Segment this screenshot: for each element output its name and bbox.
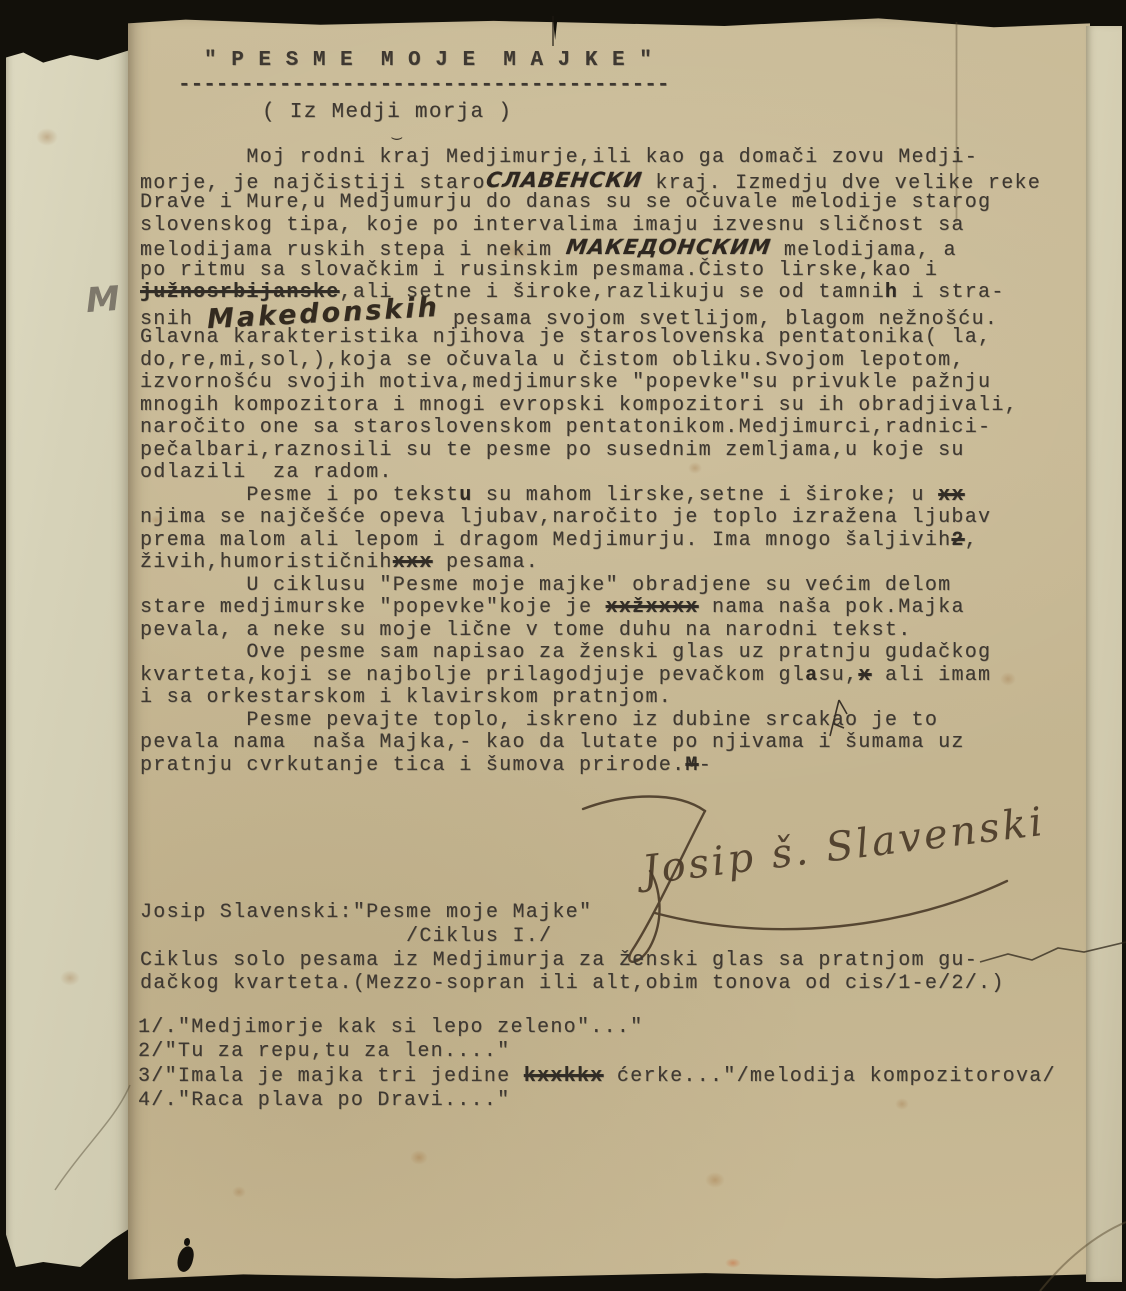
- margin-note-m: M: [85, 279, 122, 321]
- document-subtitle: ( Iz Medji morja ): [262, 101, 512, 124]
- typed-line: prema malom ali lepom i dragom Medjimurj…: [140, 530, 1041, 553]
- typed-line: pratnju cvrkutanje tica i šumova prirode…: [140, 755, 1041, 778]
- typed-line: Josip Slavenski:"Pesme moje Majke": [140, 901, 1005, 925]
- typed-line: do,re,mi,sol,),koja se očuvala u čistom …: [140, 350, 1041, 373]
- corner-crease: [1020, 1200, 1126, 1291]
- typed-line: Moj rodni kraj Medjimurje,ili kao ga dom…: [140, 147, 1041, 170]
- typed-line: i sa orkestarskom i klavirskom pratnjom.: [140, 687, 1041, 710]
- typed-line: njima se najčešće opeva ljubav,naročito …: [140, 507, 1041, 530]
- typed-line: Drave i Mure,u Medjumurju do danas su se…: [140, 192, 1041, 215]
- insertion-mark: [822, 694, 852, 738]
- footer-text: Josip Slavenski:"Pesme moje Majke" /Cikl…: [140, 901, 1005, 996]
- document-title: " P E S M E M O J E M A J K E ": [204, 49, 653, 72]
- paper-strip-right: [1086, 26, 1122, 1282]
- typed-line: snih Makedonskih pesama svojom svetlijom…: [140, 305, 1041, 328]
- typed-line: naročito one sa staroslovenskom pentaton…: [140, 417, 1041, 440]
- signature-text: Josip š. Slavenski: [633, 799, 1048, 895]
- typed-line: Pesme pevajte toplo, iskreno iz dubine s…: [140, 710, 1041, 733]
- typed-line: Ciklus solo pesama iz Medjimurja za žens…: [140, 949, 1005, 973]
- title-rule: ---------------------------------------: [178, 74, 669, 97]
- typed-line: Pesme i po tekstu su mahom lirske,setne …: [140, 485, 1041, 508]
- typed-line: slovenskog tipa, koje po intervalima ima…: [140, 215, 1041, 238]
- typed-line: mnogih kompozitora i mnogi evropski komp…: [140, 395, 1041, 418]
- ink-blot: [184, 1238, 190, 1246]
- scanned-document: " P E S M E M O J E M A J K E " --------…: [0, 0, 1126, 1291]
- typed-line: odlazili za radom.: [140, 462, 1041, 485]
- typed-line: /Ciklus I./: [140, 925, 1005, 949]
- typed-line: izvornošću svojih motiva,medjimurske "po…: [140, 372, 1041, 395]
- crease-line: [552, 16, 554, 46]
- typed-line: po ritmu sa slovačkim i rusinskim pesmam…: [140, 260, 1041, 283]
- body-text: Moj rodni kraj Medjimurje,ili kao ga dom…: [140, 147, 1041, 777]
- typed-line: Ove pesme sam napisao za ženski glas uz …: [140, 642, 1041, 665]
- typed-line: pevala nama naša Majka,- kao da lutate p…: [140, 732, 1041, 755]
- typed-line: 4/."Raca plava po Dravi....": [138, 1089, 1056, 1113]
- typed-line: melodijama ruskih stepa i nekim МАКЕДОНС…: [140, 237, 1041, 260]
- left-strip-crease: [45, 1085, 135, 1195]
- typed-line: pečalbari,raznosili su te pesme po sused…: [140, 440, 1041, 463]
- typed-line: kvarteta,koji se najbolje prilagodjuje p…: [140, 665, 1041, 688]
- typed-line: stare medjimurske "popevke"koje je xxžxx…: [140, 597, 1041, 620]
- typed-line: 2/"Tu za repu,tu za len....": [138, 1040, 1056, 1064]
- typed-line: pevala, a neke su moje lične v tome duhu…: [140, 620, 1041, 643]
- typed-line: U ciklusu "Pesme moje majke" obradjene s…: [140, 575, 1041, 598]
- typed-line: 1/."Medjimorje kak si lepo zeleno"...": [138, 1016, 1056, 1040]
- typed-line: živih,humorističnihxxx pesama.: [140, 552, 1041, 575]
- handwritten-tie-mark: ‿: [392, 121, 402, 141]
- typed-line: 3/"Imala je majka tri jedine kxxkkx ćerk…: [138, 1065, 1056, 1089]
- song-list: 1/."Medjimorje kak si lepo zeleno"..."2/…: [138, 1016, 1056, 1114]
- typed-line: morje, je najčistiji staroСЛАВЕНСКИ kraj…: [140, 170, 1041, 193]
- typed-line: dačkog kvarteta.(Mezzo-sopran ili alt,ob…: [140, 972, 1005, 996]
